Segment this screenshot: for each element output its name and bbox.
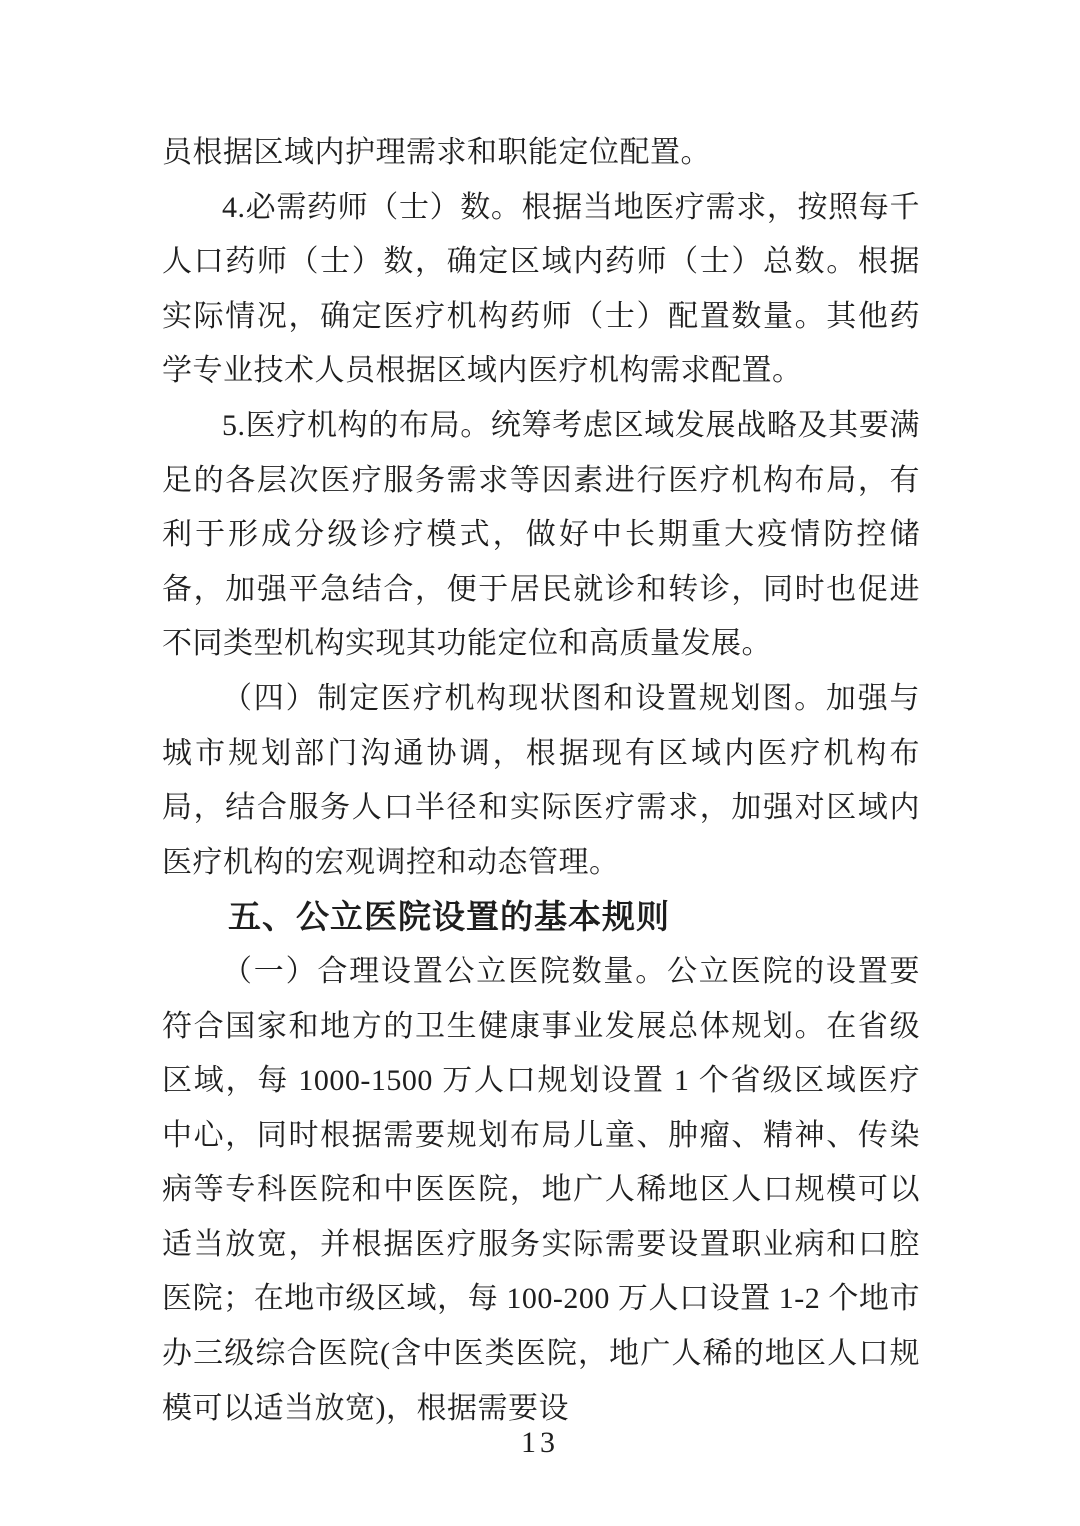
section-heading: 五、公立医院设置的基本规则 <box>162 890 920 945</box>
paragraph: （一）合理设置公立医院数量。公立医院的设置要符合国家和地方的卫生健康事业发展总体… <box>162 945 920 1436</box>
paragraph: 员根据区域内护理需求和职能定位配置。 <box>162 126 920 181</box>
document-page: 员根据区域内护理需求和职能定位配置。4.必需药师（士）数。根据当地医疗需求，按照… <box>0 0 1080 1526</box>
paragraph: 4.必需药师（士）数。根据当地医疗需求，按照每千人口药师（士）数，确定区域内药师… <box>162 181 920 399</box>
paragraph: （四）制定医疗机构现状图和设置规划图。加强与城市规划部门沟通协调，根据现有区域内… <box>162 672 920 890</box>
page-number: 13 <box>0 1426 1080 1460</box>
paragraph: 5.医疗机构的布局。统筹考虑区域发展战略及其要满足的各层次医疗服务需求等因素进行… <box>162 399 920 672</box>
document-body: 员根据区域内护理需求和职能定位配置。4.必需药师（士）数。根据当地医疗需求，按照… <box>162 126 920 1436</box>
